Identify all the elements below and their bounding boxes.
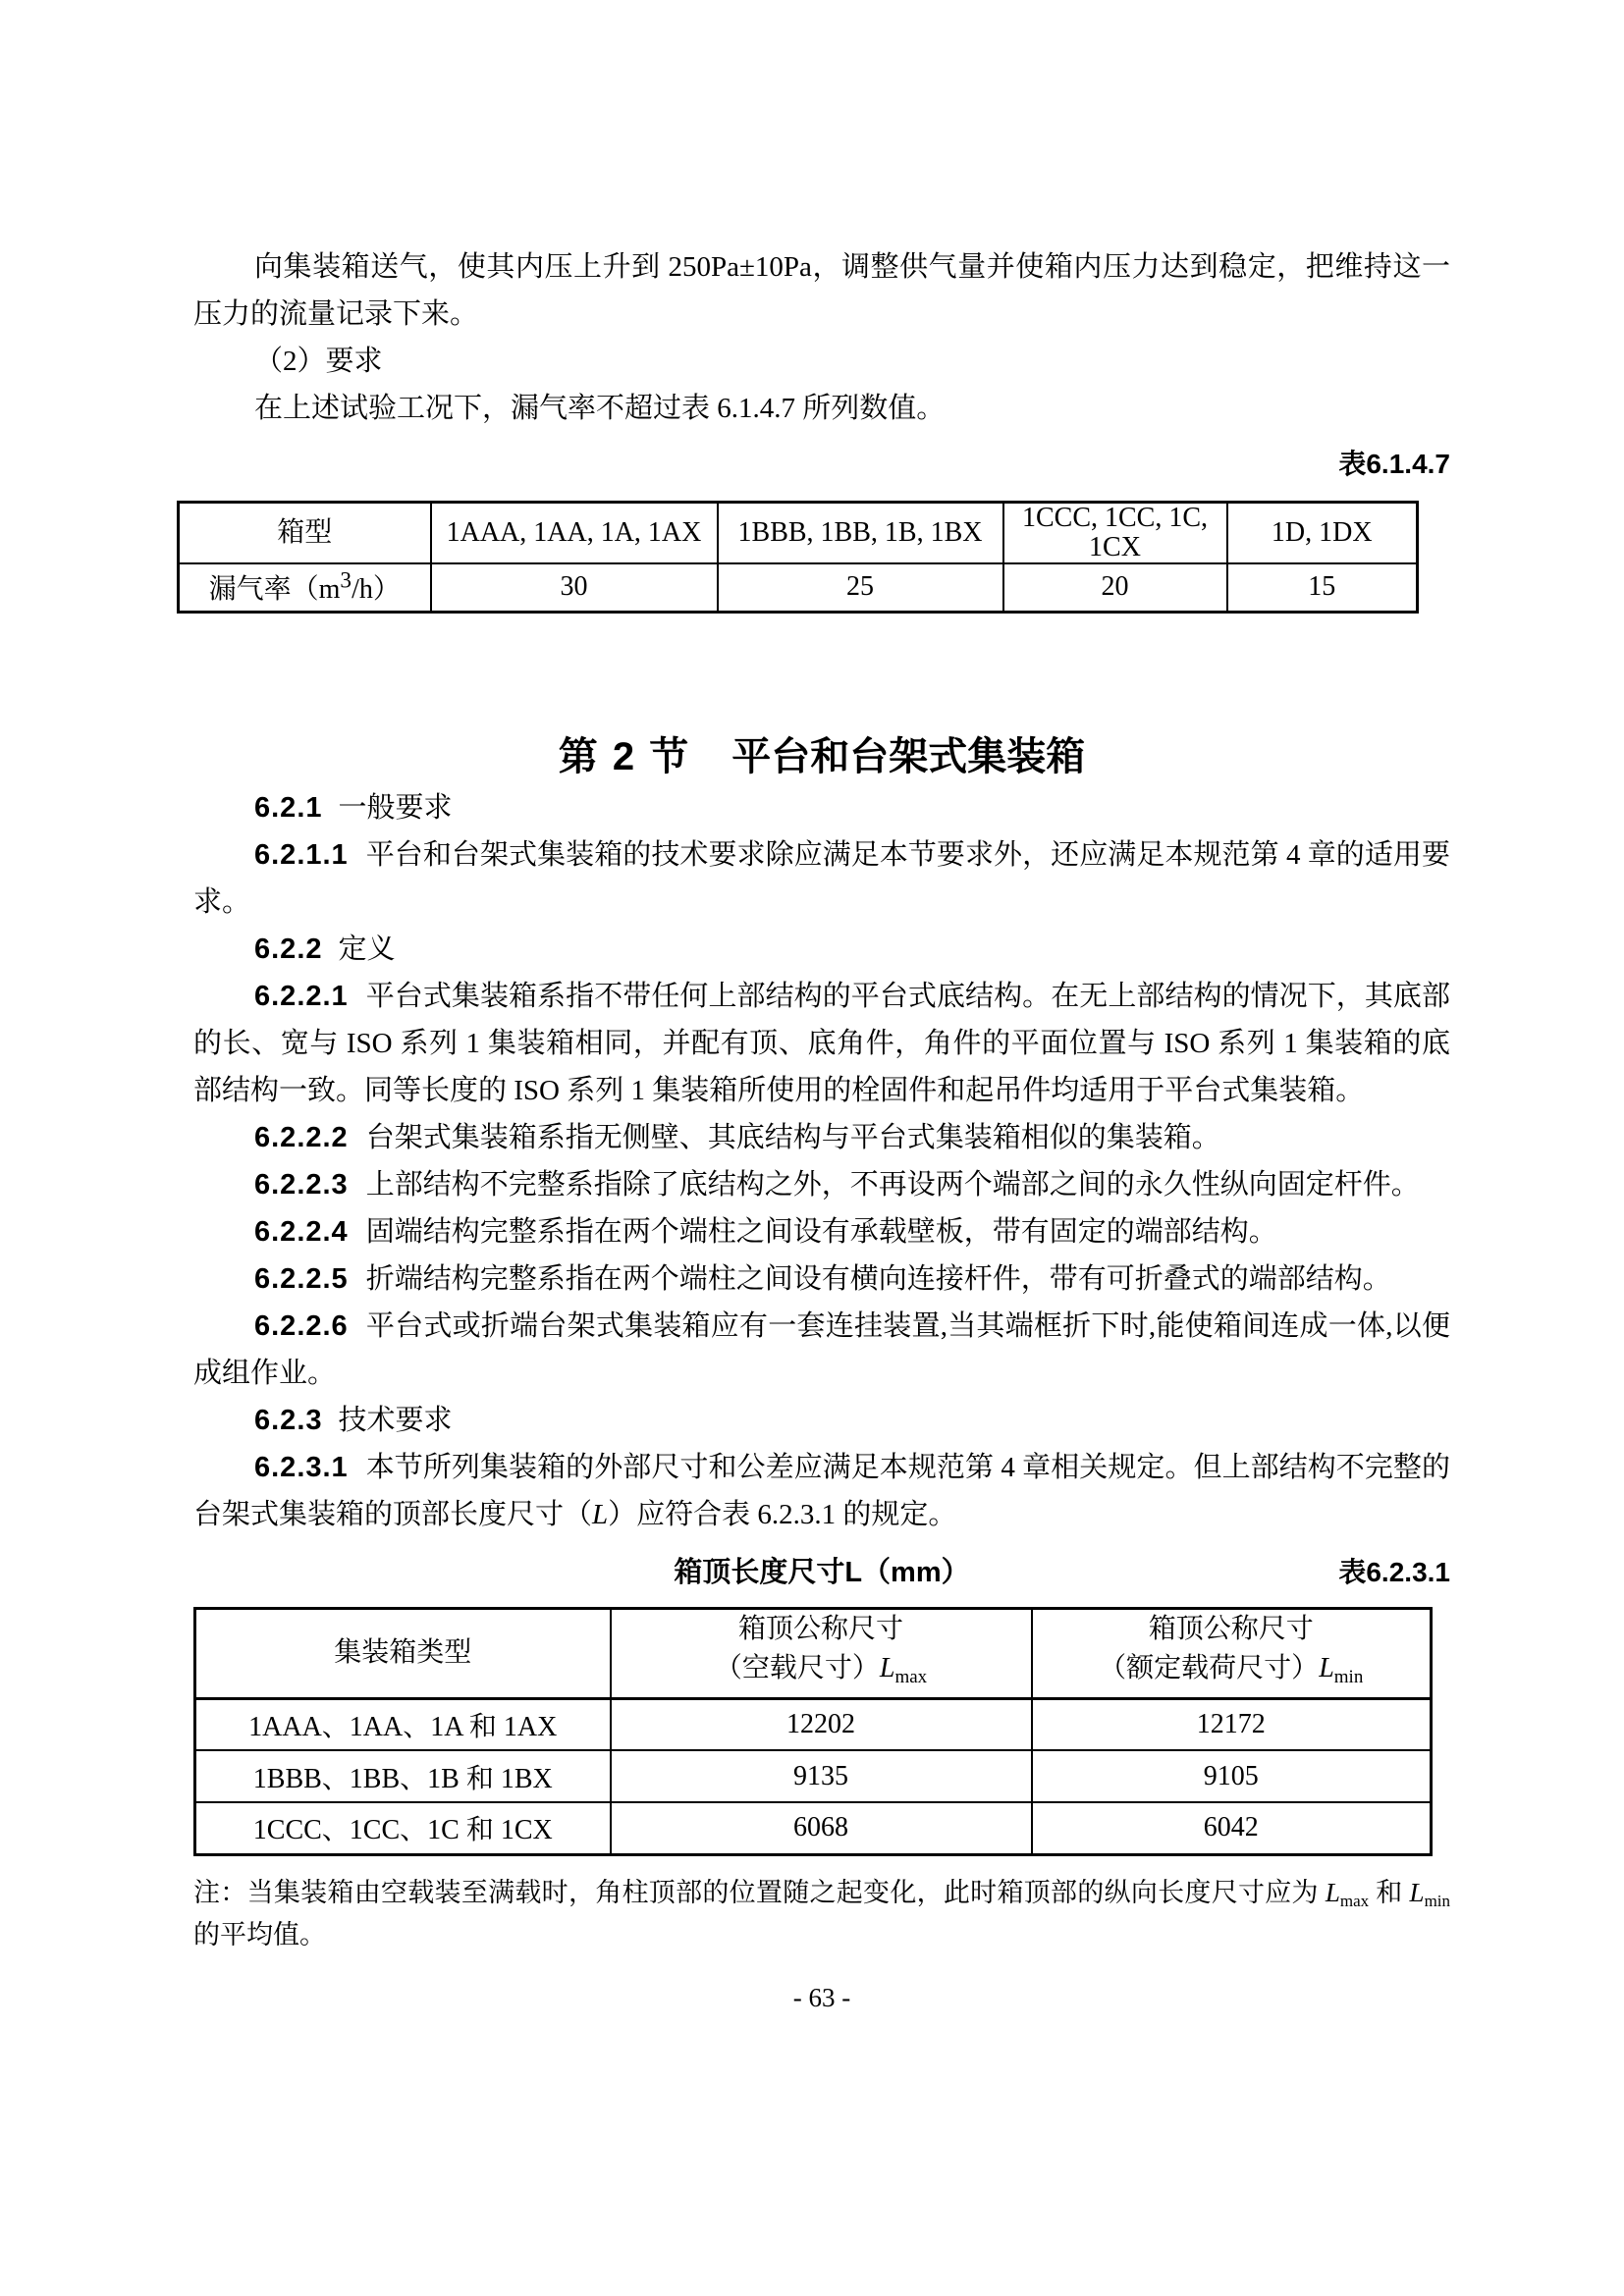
- roof-table-caption-row: 箱顶长度尺寸L（mm） 表6.2.3.1: [193, 1553, 1450, 1592]
- clause-6223-number: 6.2.2.3: [254, 1169, 349, 1201]
- note-lmax-symbol: L: [1326, 1878, 1340, 1907]
- clause-6226-number: 6.2.2.6: [254, 1310, 349, 1342]
- clause-6231-l-symbol: L: [592, 1499, 608, 1530]
- lmax-symbol: L: [880, 1653, 895, 1683]
- clause-6225-number: 6.2.2.5: [254, 1263, 349, 1295]
- row2-lmin: 9105: [1032, 1750, 1432, 1802]
- clause-6223-text: 上部结构不完整系指除了底结构之外，不再设两个端部之间的永久性纵向固定杆件。: [366, 1169, 1420, 1201]
- clause-6226: 6.2.2.6平台式或折端台架式集装箱应有一套连挂装置,当其端框折下时,能使箱间…: [193, 1303, 1450, 1397]
- table-header-row: 集装箱类型 箱顶公称尺寸 （空载尺寸）Lmax 箱顶公称尺寸 （额定载荷尺寸）L…: [195, 1608, 1432, 1698]
- clause-6222-number: 6.2.2.2: [254, 1122, 349, 1153]
- note-lmax-subscript: max: [1340, 1892, 1369, 1910]
- clause-6211-number: 6.2.1.1: [254, 839, 349, 871]
- table-row: 1AAA、1AA、1A 和 1AX 12202 12172: [195, 1698, 1432, 1750]
- note-lmin-symbol: L: [1410, 1878, 1425, 1907]
- header-box-type: 箱型: [179, 503, 431, 564]
- requirement-paragraph: 在上述试验工况下，漏气率不超过表 6.1.4.7 所列数值。: [193, 385, 1450, 432]
- clause-6211-text: 平台和台架式集装箱的技术要求除应满足本节要求外，还应满足本规范第 4 章的适用要…: [193, 839, 1450, 918]
- leakage-label-sup: 3: [340, 568, 352, 594]
- heading-622: 6.2.2定义: [193, 926, 1450, 973]
- leakage-rate-table: 箱型 1AAA, 1AA, 1A, 1AX 1BBB, 1BB, 1B, 1BX…: [177, 501, 1419, 614]
- clause-6225: 6.2.2.5折端结构完整系指在两个端柱之间设有横向连接杆件，带有可折叠式的端部…: [193, 1255, 1450, 1303]
- heading-622-number: 6.2.2: [254, 934, 323, 965]
- section-title: 平台和台架式集装箱: [731, 735, 1085, 778]
- row3-lmax: 6068: [611, 1802, 1032, 1854]
- clause-6211: 6.2.1.1平台和台架式集装箱的技术要求除应满足本节要求外，还应满足本规范第 …: [193, 831, 1450, 926]
- section-number: 第 2 节: [559, 735, 690, 778]
- roof-length-table: 集装箱类型 箱顶公称尺寸 （空载尺寸）Lmax 箱顶公称尺寸 （额定载荷尺寸）L…: [193, 1607, 1433, 1856]
- clause-6222: 6.2.2.2台架式集装箱系指无侧壁、其底结构与平台式集装箱相似的集装箱。: [193, 1114, 1450, 1161]
- header-1aaa-group: 1AAA, 1AA, 1A, 1AX: [431, 503, 718, 564]
- lmax-subscript: max: [894, 1667, 927, 1687]
- header-lmin-line2: （额定载荷尺寸）: [1099, 1653, 1319, 1683]
- row2-type: 1BBB、1BB、1B 和 1BX: [195, 1750, 611, 1802]
- clause-6223: 6.2.2.3上部结构不完整系指除了底结构之外，不再设两个端部之间的永久性纵向固…: [193, 1161, 1450, 1208]
- row1-type: 1AAA、1AA、1A 和 1AX: [195, 1698, 611, 1750]
- intro-paragraph: 向集装箱送气，使其内压上升到 250Pa±10Pa，调整供气量并使箱内压力达到稳…: [193, 243, 1450, 338]
- clause-6222-text: 台架式集装箱系指无侧壁、其底结构与平台式集装箱相似的集装箱。: [366, 1122, 1220, 1153]
- clause-6224-text: 固端结构完整系指在两个端柱之间设有承载壁板，带有固定的端部结构。: [366, 1216, 1277, 1248]
- note-lmin-subscript: min: [1425, 1892, 1450, 1910]
- heading-623-number: 6.2.3: [254, 1405, 323, 1436]
- heading-621-number: 6.2.1: [254, 792, 323, 824]
- table-row: 1CCC、1CC、1C 和 1CX 6068 6042: [195, 1802, 1432, 1854]
- header-1bbb-group: 1BBB, 1BB, 1B, 1BX: [718, 503, 1003, 564]
- lmin-subscript: min: [1334, 1667, 1364, 1687]
- header-lmax-line1: 箱顶公称尺寸: [738, 1614, 903, 1644]
- leakage-value-1ccc: 20: [1003, 563, 1227, 612]
- leakage-value-1bbb: 25: [718, 563, 1003, 612]
- header-lmax-line2: （空载尺寸）: [715, 1653, 880, 1683]
- table-6147-caption: 表6.1.4.7: [193, 448, 1450, 481]
- clause-6221-text: 平台式集装箱系指不带任何上部结构的平台式底结构。在无上部结构的情况下，其底部的长…: [193, 981, 1450, 1106]
- header-lmin: 箱顶公称尺寸 （额定载荷尺寸）Lmin: [1032, 1608, 1432, 1698]
- heading-623: 6.2.3技术要求: [193, 1397, 1450, 1444]
- header-lmin-line1: 箱顶公称尺寸: [1149, 1614, 1314, 1644]
- row1-lmin: 12172: [1032, 1698, 1432, 1750]
- header-lmax: 箱顶公称尺寸 （空载尺寸）Lmax: [611, 1608, 1032, 1698]
- lmin-symbol: L: [1319, 1653, 1334, 1683]
- row3-lmin: 6042: [1032, 1802, 1432, 1854]
- leakage-value-1d: 15: [1227, 563, 1418, 612]
- leakage-value-1aaa: 30: [431, 563, 718, 612]
- item-label: （2）要求: [193, 338, 1450, 385]
- header-1ccc-group: 1CCC, 1CC, 1C, 1CX: [1003, 503, 1227, 564]
- clause-6231-number: 6.2.3.1: [254, 1452, 349, 1483]
- heading-621: 6.2.1一般要求: [193, 784, 1450, 831]
- clause-6231: 6.2.3.1本节所列集装箱的外部尺寸和公差应满足本规范第 4 章相关规定。但上…: [193, 1444, 1450, 1538]
- section-heading: 第 2 节平台和台架式集装箱: [193, 729, 1450, 784]
- clause-6221: 6.2.2.1平台式集装箱系指不带任何上部结构的平台式底结构。在无上部结构的情况…: [193, 973, 1450, 1114]
- row2-lmax: 9135: [611, 1750, 1032, 1802]
- leakage-rate-label: 漏气率（m3/h）: [179, 563, 431, 612]
- header-1d-group: 1D, 1DX: [1227, 503, 1418, 564]
- clause-6224: 6.2.2.4固端结构完整系指在两个端柱之间设有承载壁板，带有固定的端部结构。: [193, 1208, 1450, 1255]
- clause-6224-number: 6.2.2.4: [254, 1216, 349, 1248]
- leakage-label-pre: 漏气率（m: [209, 574, 341, 605]
- roof-table-title: 箱顶长度尺寸L（mm）: [674, 1557, 969, 1588]
- clause-6221-number: 6.2.2.1: [254, 981, 349, 1012]
- heading-621-title: 一般要求: [339, 792, 453, 824]
- table-header-row: 箱型 1AAA, 1AA, 1A, 1AX 1BBB, 1BB, 1B, 1BX…: [179, 503, 1418, 564]
- page-content: 向集装箱送气，使其内压上升到 250Pa±10Pa，调整供气量并使箱内压力达到稳…: [0, 0, 1624, 2014]
- header-container-type: 集装箱类型: [195, 1608, 611, 1698]
- clause-6225-text: 折端结构完整系指在两个端柱之间设有横向连接杆件，带有可折叠式的端部结构。: [366, 1263, 1391, 1295]
- note-pre: 注：当集装箱由空载装至满载时，角柱顶部的位置随之起变化，此时箱顶部的纵向长度尺寸…: [193, 1878, 1326, 1907]
- row3-type: 1CCC、1CC、1C 和 1CX: [195, 1802, 611, 1854]
- note-mid: 和: [1369, 1878, 1409, 1907]
- clause-6231-text-post: ）应符合表 6.2.3.1 的规定。: [608, 1499, 956, 1530]
- note-post: 的平均值。: [193, 1920, 326, 1949]
- table-row: 漏气率（m3/h） 30 25 20 15: [179, 563, 1418, 612]
- page-number: - 63 -: [193, 1981, 1450, 2014]
- table-6231-caption: 表6.2.3.1: [1338, 1553, 1450, 1592]
- row1-lmax: 12202: [611, 1698, 1032, 1750]
- document-page: 向集装箱送气，使其内压上升到 250Pa±10Pa，调整供气量并使箱内压力达到稳…: [0, 0, 1624, 2296]
- heading-622-title: 定义: [339, 934, 396, 965]
- table-footnote: 注：当集装箱由空载装至满载时，角柱顶部的位置随之起变化，此时箱顶部的纵向长度尺寸…: [193, 1876, 1450, 1951]
- leakage-label-post: /h）: [352, 574, 401, 605]
- clause-6226-text: 平台式或折端台架式集装箱应有一套连挂装置,当其端框折下时,能使箱间连成一体,以便…: [193, 1310, 1450, 1389]
- table-row: 1BBB、1BB、1B 和 1BX 9135 9105: [195, 1750, 1432, 1802]
- heading-623-title: 技术要求: [339, 1405, 453, 1436]
